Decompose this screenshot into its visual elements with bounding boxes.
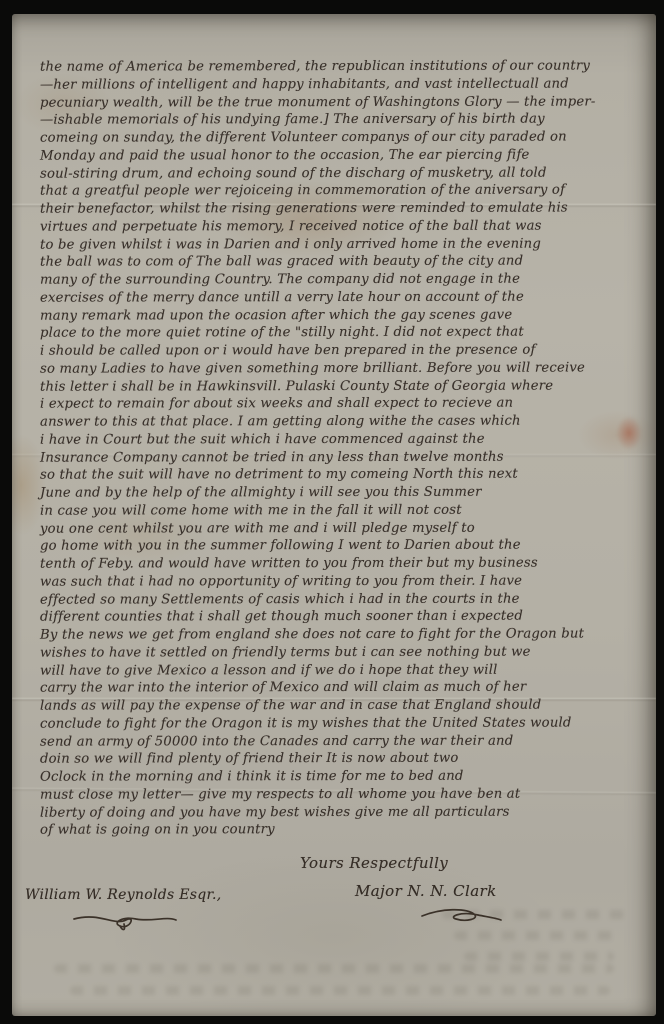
letter-line: will have to give Mexico a lesson and if… [40,661,654,680]
letter-line: i have in Court but the suit which i hav… [40,430,654,449]
letter-line: Insurance Company cannot be tried in any… [40,448,654,467]
letter-line: place to the more quiet rotine of the "s… [40,324,654,343]
letter-closing: Yours Respectfully [300,854,448,872]
letter-line: i expect to remain for about six weeks a… [40,395,654,414]
letter-line: in case you will come home with me in th… [40,501,654,520]
letter-line: answer to this at that place. I am getti… [40,412,654,431]
letter-line: Oclock in the morning and i think it is … [40,767,654,786]
signature-recipient: William W. Reynolds Esqr., [25,887,221,903]
letter-line: virtues and perpetuate his memory, I rec… [40,217,654,236]
letter-line: to be given whilst i was in Darien and i… [40,235,654,254]
letter-line: effected so many Settlements of casis wh… [40,590,654,609]
letter-line: exercises of the merry dance untill a ve… [40,288,654,307]
letter-line: many of the surrounding Country. The com… [40,270,654,289]
letter-line: that a greatful people wer rejoiceing in… [40,182,654,201]
letter-line: By the news we get from england she does… [40,625,654,644]
letter-line: tenth of Feby. and would have written to… [40,554,654,573]
letter-line: of what is going on in you country [40,821,654,840]
ink-bleedthrough [464,952,614,961]
ink-bleedthrough [54,964,614,973]
letter-line: was such that i had no opportunity of wr… [40,572,654,591]
letter-line: the name of America be remembered, the r… [40,57,654,76]
flourish-icon [70,910,180,938]
letter-line: i should be called upon or i would have … [40,341,654,360]
letter-line: you one cent whilst you are with me and … [40,519,654,538]
ink-bleedthrough [70,986,610,995]
letter-line: —her millions of intelligent and happy i… [40,75,654,94]
ink-bleedthrough [454,931,622,940]
signature-author: Major N. N. Clark [355,882,497,900]
letter-page: the name of America be remembered, the r… [12,14,656,1016]
letter-line: pecuniary wealth, will be the true monum… [40,93,654,112]
letter-line: comeing on sunday, the different Volunte… [40,128,654,147]
letter-line: so many Ladies to have given something m… [40,359,654,378]
letter-line: soul-stiring drum, and echoing sound of … [40,164,654,183]
flourish-icon [408,906,504,932]
letter-line: liberty of doing and you have my best wi… [40,803,654,822]
letter-line: —ishable memorials of his undying fame.]… [40,111,654,130]
letter-line: go home with you in the summer following… [40,537,654,556]
letter-line: doin so we will find plenty of friend th… [40,750,654,769]
letter-line: June and by the help of the allmighty i … [40,483,654,502]
letter-line: carry the war into the interior of Mexic… [40,679,654,698]
letter-line: the ball was to com of The ball was grac… [40,253,654,272]
letter-line: wishes to have it settled on friendly te… [40,643,654,662]
letter-line: so that the suit will have no detriment … [40,466,654,485]
letter-line: must close my letter— give my respects t… [40,785,654,804]
letter-line: Monday and paid the usual honor to the o… [40,146,654,165]
letter-line: conclude to fight for the Oragon it is m… [40,714,654,733]
letter-line: lands as will pay the expense of the war… [40,696,654,715]
letter-line: send an army of 50000 into the Canades a… [40,732,654,751]
letter-line: this letter i shall be in Hawkinsvill. P… [40,377,654,396]
letter-line: many remark mad upon the ocasion after w… [40,306,654,325]
letter-line: different counties that i shall get thou… [40,608,654,627]
letter-body: the name of America be remembered, the r… [40,58,654,839]
letter-line: their benefactor, whilst the rising gene… [40,199,654,218]
scanner-background: the name of America be remembered, the r… [0,0,664,1024]
